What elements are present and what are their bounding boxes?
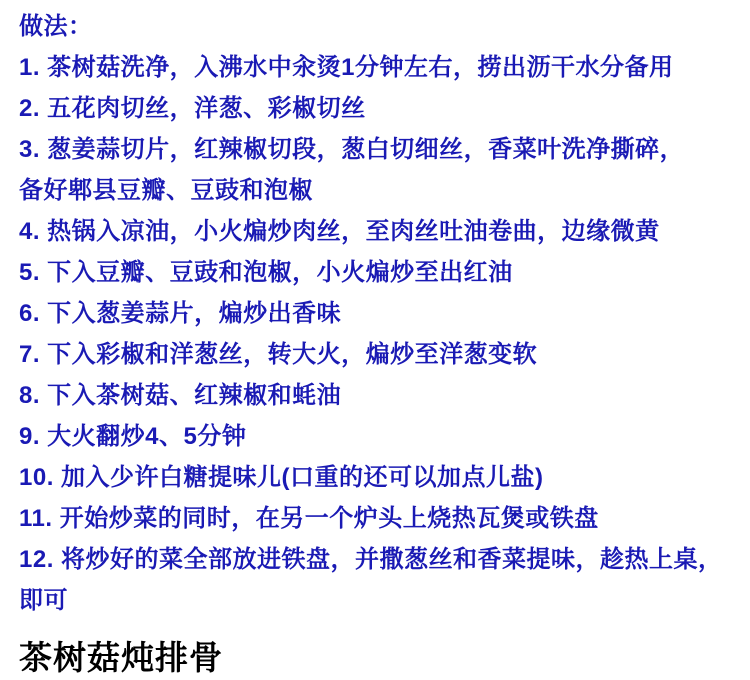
recipe-step-line: 10. 加入少许白糖提味儿(口重的还可以加点儿盐): [19, 457, 735, 498]
recipe-step-line: 5. 下入豆瓣、豆豉和泡椒，小火煸炒至出红油: [19, 252, 735, 293]
recipe-page: 做法： 1. 茶树菇洗净，入沸水中汆烫1分钟左右，捞出沥干水分备用 2. 五花肉…: [0, 0, 750, 680]
recipe-step-line: 7. 下入彩椒和洋葱丝，转大火，煸炒至洋葱变软: [19, 334, 735, 375]
recipe-step-line: 4. 热锅入凉油，小火煸炒肉丝，至肉丝吐油卷曲，边缘微黄: [19, 211, 735, 252]
recipe-step-line: 3. 葱姜蒜切片，红辣椒切段，葱白切细丝，香菜叶洗净撕碎，: [19, 129, 735, 170]
method-label: 做法：: [19, 6, 735, 47]
recipe-step-line: 9. 大火翻炒4、5分钟: [19, 416, 735, 457]
recipe-step-line: 8. 下入茶树菇、红辣椒和蚝油: [19, 375, 735, 416]
recipe-step-line: 备好郫县豆瓣、豆豉和泡椒: [19, 170, 735, 211]
recipe-step-line: 2. 五花肉切丝，洋葱、彩椒切丝: [19, 88, 735, 129]
recipe-step-line: 1. 茶树菇洗净，入沸水中汆烫1分钟左右，捞出沥干水分备用: [19, 47, 735, 88]
next-recipe-title: 茶树菇炖排骨: [19, 637, 735, 679]
recipe-step-line: 12. 将炒好的菜全部放进铁盘，并撒葱丝和香菜提味，趁热上桌，: [19, 539, 735, 580]
recipe-step-line: 即可: [19, 580, 735, 621]
recipe-step-line: 11. 开始炒菜的同时，在另一个炉头上烧热瓦煲或铁盘: [19, 498, 735, 539]
recipe-step-line: 6. 下入葱姜蒜片，煸炒出香味: [19, 293, 735, 334]
